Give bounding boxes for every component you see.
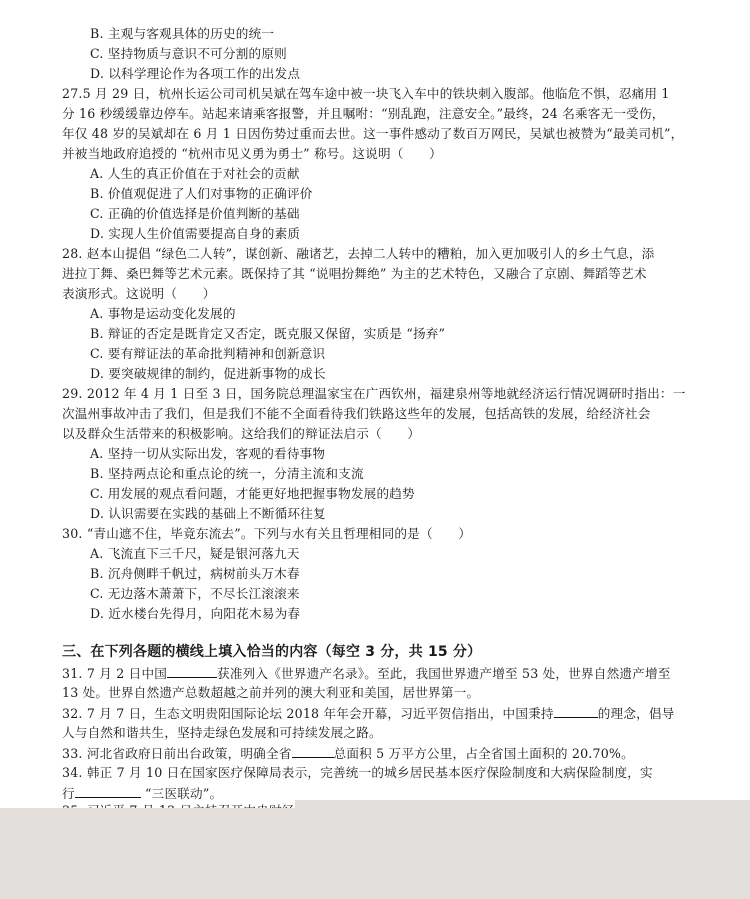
option-c: C. 无边落木萧萧下，不尽长江滚滚来: [90, 584, 300, 604]
option-a: A. 飞流直下三千尺，疑是银河落九天: [90, 544, 300, 564]
option-d: D. 实现人生价值需要提高自身的素质: [90, 224, 300, 244]
option-c: C. 要有辩证法的革命批判精神和创新意识: [90, 344, 325, 364]
question-text: 并被当地政府追授的 “杭州市见义勇为勇士” 称号。这说明（ ）: [62, 144, 442, 164]
question-text: 27.5 月 29 日，杭州长运公司司机吴斌在驾车途中被一块飞入车中的铁块刺入腹…: [62, 84, 670, 104]
question-33: 33. 河北省政府日前出台政策，明确全省总面积 5 万平方公里，占全省国土面积的…: [62, 743, 634, 764]
section-heading: 三、在下列各题的横线上填入恰当的内容（每空 3 分，共 15 分）: [62, 642, 481, 662]
page-background-overlay: [295, 800, 750, 899]
question-text: 30. “青山遮不住，毕竟东流去”。下列与水有关且哲理相同的是（ ）: [62, 524, 471, 544]
option-b: B. 主观与客观具体的历史的统一: [90, 24, 274, 44]
page-background-overlay: [0, 808, 295, 899]
option-d: D. 以科学理论作为各项工作的出发点: [90, 64, 300, 84]
question-text: 获准列入《世界遗产名录》。至此，我国世界遗产增至 53 处，世界自然遗产增至: [217, 666, 671, 681]
question-text: 29. 2012 年 4 月 1 日至 3 日，国务院总理温家宝在广西钦州，福建…: [62, 384, 686, 404]
question-text: 分 16 秒缓缓靠边停车。站起来请乘客报警，并且嘱咐：“别乱跑，注意安全。”最终…: [62, 104, 665, 124]
question-text: 行: [62, 786, 75, 801]
question-text: 31. 7 月 2 日中国: [62, 666, 167, 681]
fill-blank: [292, 743, 334, 758]
question-text: 32. 7 月 7 日，生态文明贵阳国际论坛 2018 年年会开幕，习近平贺信指…: [62, 706, 554, 721]
question-text: 总面积 5 万平方公里，占全省国土面积的 20.70%。: [334, 746, 634, 761]
fill-blank: [554, 703, 598, 718]
question-text: 表演形式。这说明（ ）: [62, 284, 216, 304]
question-32: 32. 7 月 7 日，生态文明贵阳国际论坛 2018 年年会开幕，习近平贺信指…: [62, 703, 675, 724]
option-b: B. 沉舟侧畔千帆过，病树前头万木春: [90, 564, 300, 584]
question-text: 进拉丁舞、桑巴舞等艺术元素。既保持了其 “说唱扮舞绝” 为主的艺术特色，又融合了…: [62, 264, 647, 284]
question-text: 的理念，倡导: [598, 706, 675, 721]
option-c: C. 坚持物质与意识不可分割的原则: [90, 44, 287, 64]
question-text: “三医联动”。: [145, 786, 222, 801]
option-d: D. 要突破规律的制约，促进新事物的成长: [90, 364, 326, 384]
option-a: A. 人生的真正价值在于对社会的贡献: [90, 164, 300, 184]
option-b: B. 辩证的否定是既肯定又否定，既克服又保留，实质是 “扬弃”: [90, 324, 445, 344]
question-text: 13 处。世界自然遗产总数超越之前并列的澳大利亚和美国，居世界第一。: [62, 683, 479, 703]
fill-blank: [75, 783, 141, 798]
option-d: D. 近水楼台先得月，向阳花木易为春: [90, 604, 300, 624]
question-text: 人与自然和谐共生，坚持走绿色发展和可持续发展之路。: [62, 723, 382, 743]
option-a: A. 事物是运动变化发展的: [90, 304, 236, 324]
question-text: 以及群众生活带来的积极影响。这给我们的辩证法启示（ ）: [62, 424, 420, 444]
option-a: A. 坚持一切从实际出发，客观的看待事物: [90, 444, 325, 464]
question-text: 年仅 48 岁的吴斌却在 6 月 1 日因伤势过重而去世。这一事件感动了数百万网…: [62, 124, 683, 144]
option-c: C. 正确的价值选择是价值判断的基础: [90, 204, 300, 224]
question-text: 33. 河北省政府日前出台政策，明确全省: [62, 746, 292, 761]
question-text: 次温州事故冲击了我们，但是我们不能不全面看待我们铁路这些年的发展，包括高铁的发展…: [62, 404, 651, 424]
document-page: B. 主观与客观具体的历史的统一 C. 坚持物质与意识不可分割的原则 D. 以科…: [0, 0, 750, 899]
option-b: B. 价值观促进了人们对事物的正确评价: [90, 184, 313, 204]
option-d: D. 认识需要在实践的基础上不断循环往复: [90, 504, 326, 524]
option-c: C. 用发展的观点看问题，才能更好地把握事物发展的趋势: [90, 484, 415, 504]
fill-blank: [167, 663, 217, 678]
question-34: 34. 韩正 7 月 10 日在国家医疗保障局表示，完善统一的城乡居民基本医疗保…: [62, 763, 653, 783]
option-b: B. 坚持两点论和重点论的统一，分清主流和支流: [90, 464, 364, 484]
question-31: 31. 7 月 2 日中国获准列入《世界遗产名录》。至此，我国世界遗产增至 53…: [62, 663, 671, 684]
question-text: 28. 赵本山提倡 “绿色二人转”，谋创新、融诸艺，去掉二人转中的糟粕，加入更加…: [62, 244, 654, 264]
